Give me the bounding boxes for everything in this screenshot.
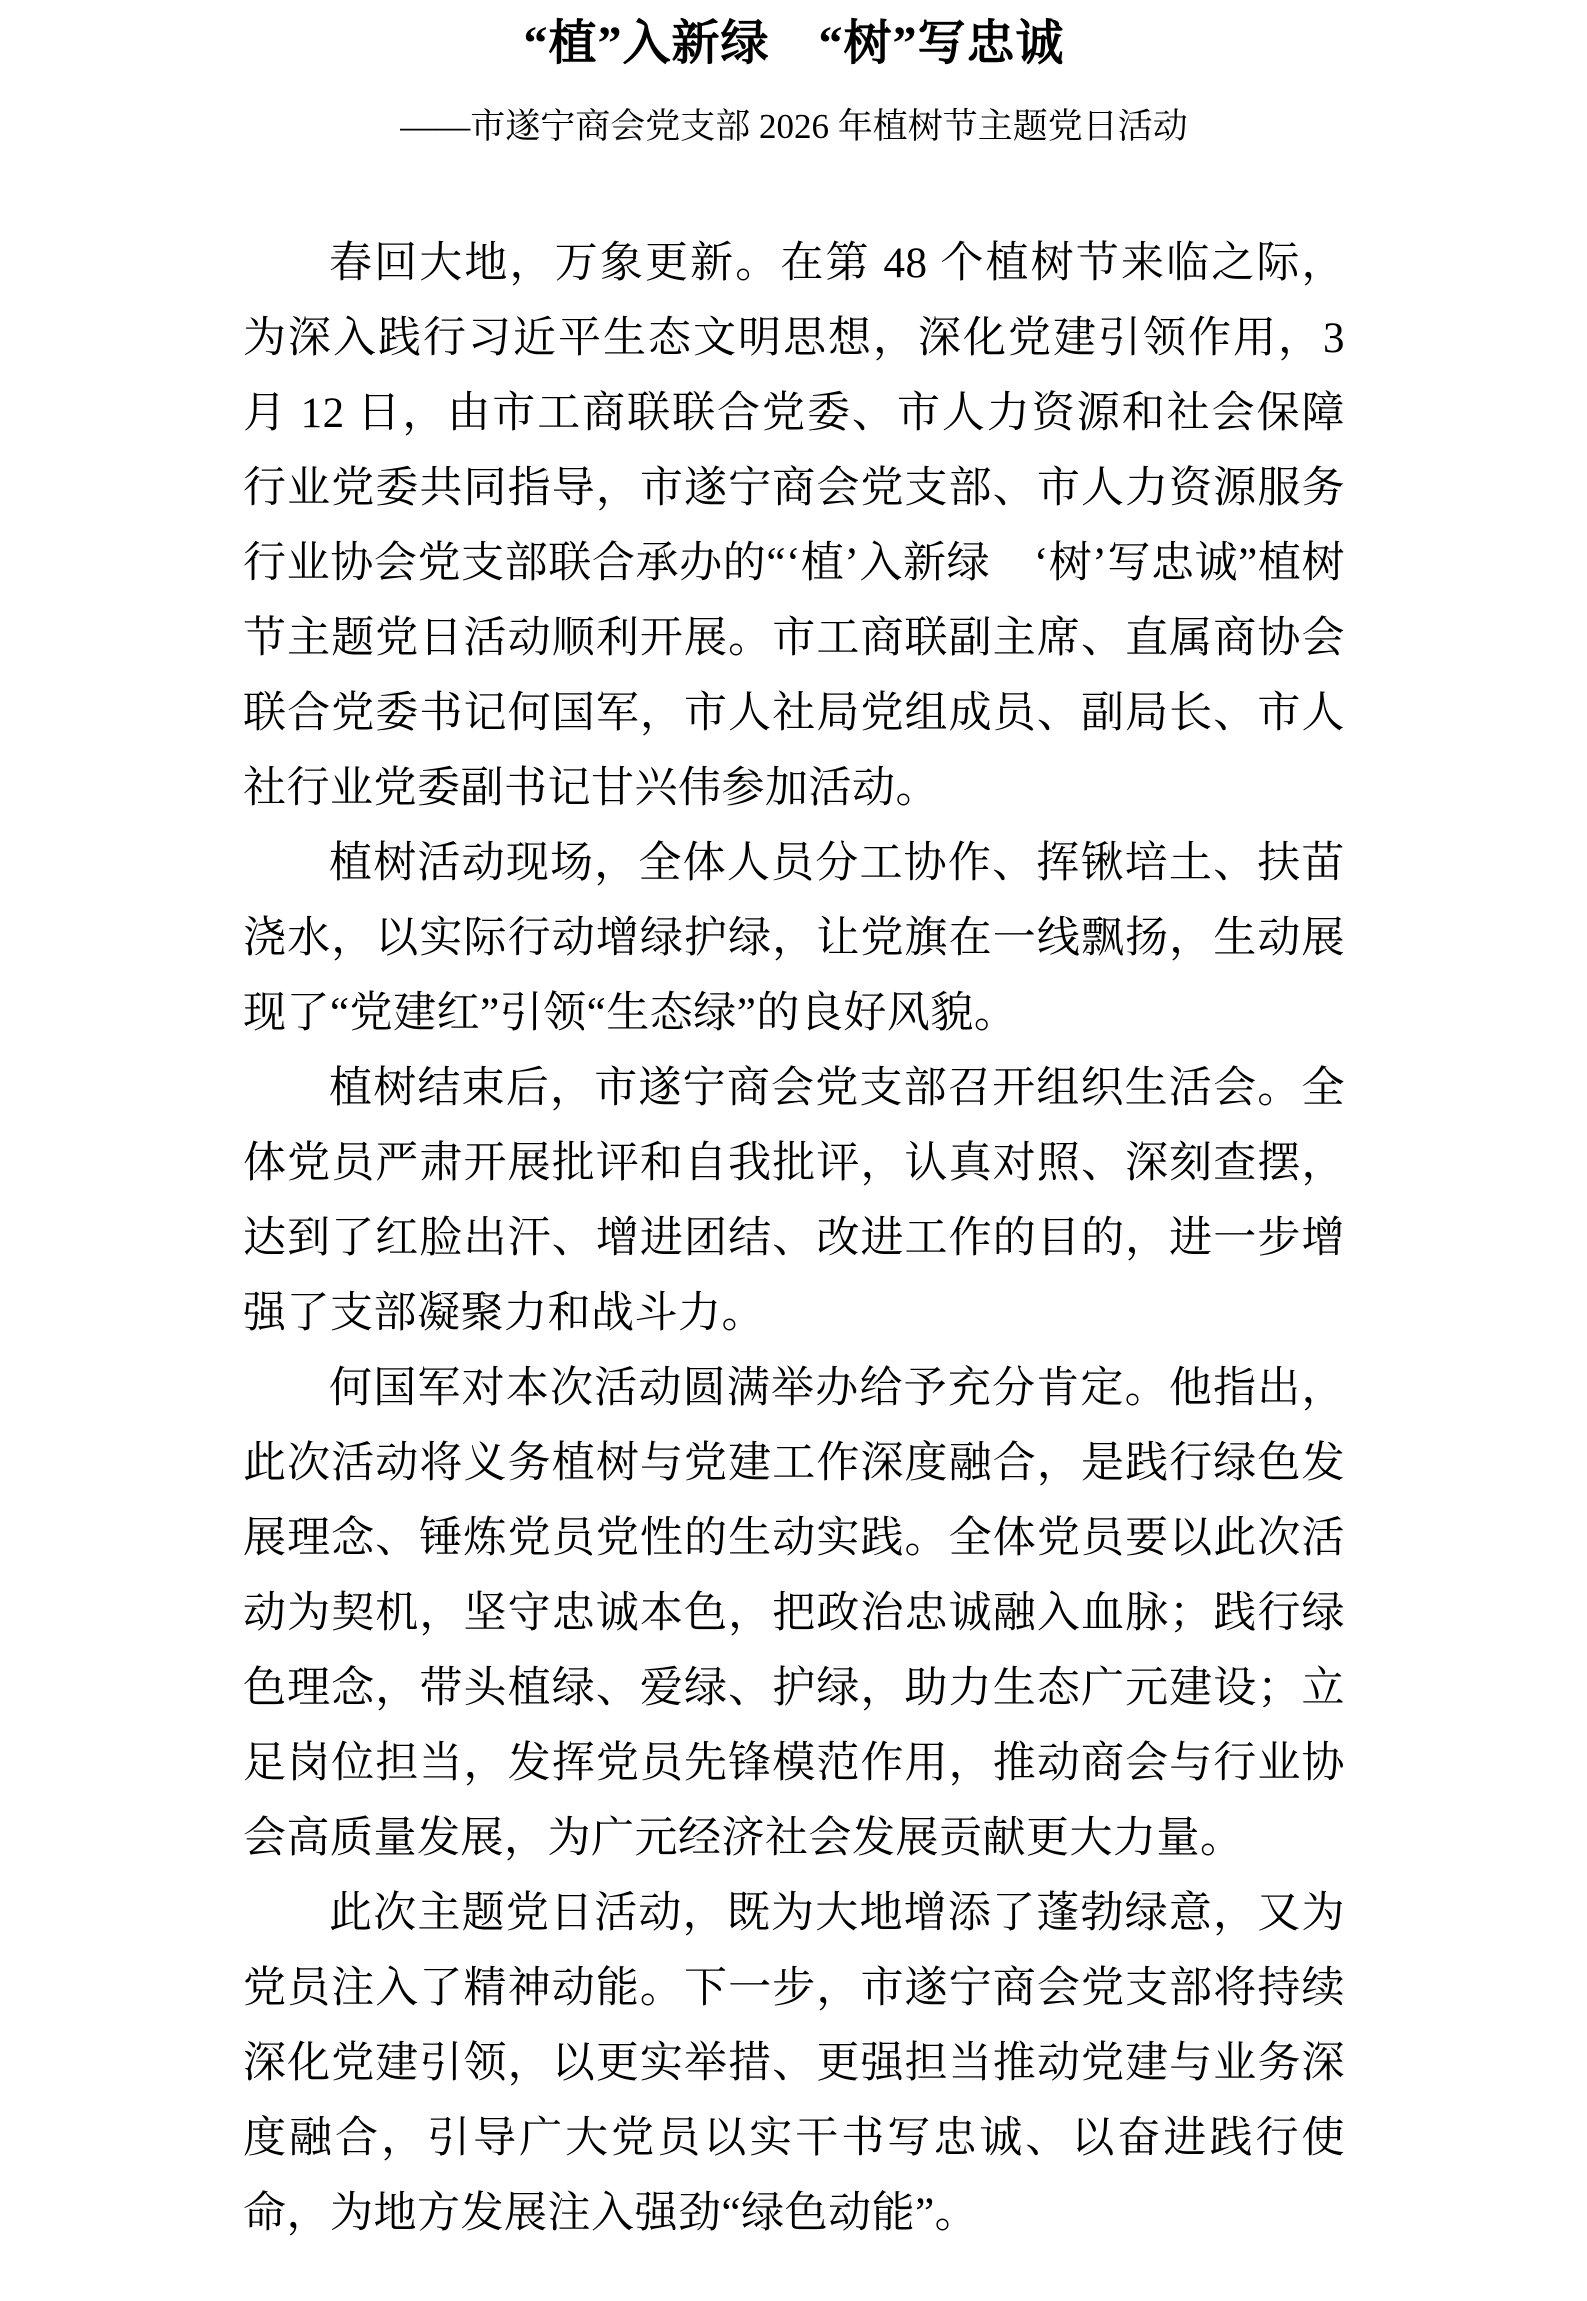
document-title: “植”入新绿 “树”写忠诚 bbox=[243, 12, 1345, 76]
document-page: “植”入新绿 “树”写忠诚 ——市遂宁商会党支部 2026 年植树节主题党日活动… bbox=[0, 0, 1587, 2301]
body-paragraphs: 春回大地，万象更新。在第 48 个植树节来临之际，为深入践行习近平生态文明思想，… bbox=[243, 226, 1345, 2251]
paragraph: 植树结束后，市遂宁商会党支部召开组织生活会。全体党员严肃开展批评和自我批评，认真… bbox=[243, 1051, 1345, 1351]
paragraph: 春回大地，万象更新。在第 48 个植树节来临之际，为深入践行习近平生态文明思想，… bbox=[243, 226, 1345, 826]
paragraph: 此次主题党日活动，既为大地增添了蓬勃绿意，又为党员注入了精神动能。下一步，市遂宁… bbox=[243, 1876, 1345, 2251]
paragraph: 何国军对本次活动圆满举办给予充分肯定。他指出，此次活动将义务植树与党建工作深度融… bbox=[243, 1351, 1345, 1876]
paragraph: 植树活动现场，全体人员分工协作、挥锹培土、扶苗浇水，以实际行动增绿护绿，让党旗在… bbox=[243, 826, 1345, 1051]
document-subtitle: ——市遂宁商会党支部 2026 年植树节主题党日活动 bbox=[243, 104, 1345, 150]
